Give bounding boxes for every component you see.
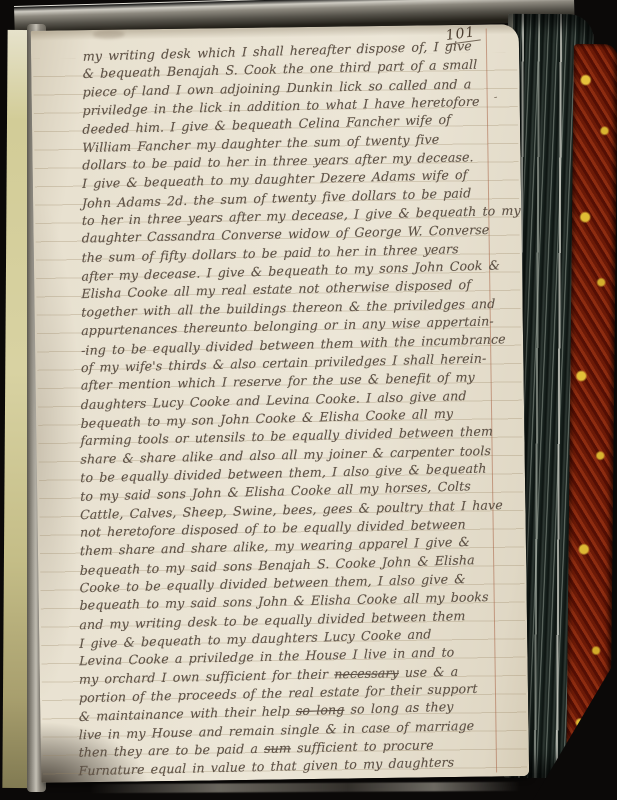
text-block: my writing desk which I shall hereafter … [78,38,482,781]
line-segment: sufficient to procure [291,737,434,755]
struck-word: so long [296,702,345,718]
book-photograph: 101 - my writing desk which I shall here… [0,0,617,800]
line-segment: use & a [399,663,459,679]
manuscript-page: 101 - my writing desk which I shall here… [31,24,529,783]
struck-word: necessary [334,665,399,681]
marbled-book-cover [566,44,617,766]
line-segment: my orchard I own sufficient for their [79,666,334,686]
corner-smudge [93,30,125,39]
line-segment: & maintainance with their help [79,703,296,724]
bottom-sleeve-glint [90,782,520,793]
line-segment: so long as they [344,699,453,717]
struck-word: sum [264,740,291,756]
line-segment: then they are to be paid a [79,741,265,760]
